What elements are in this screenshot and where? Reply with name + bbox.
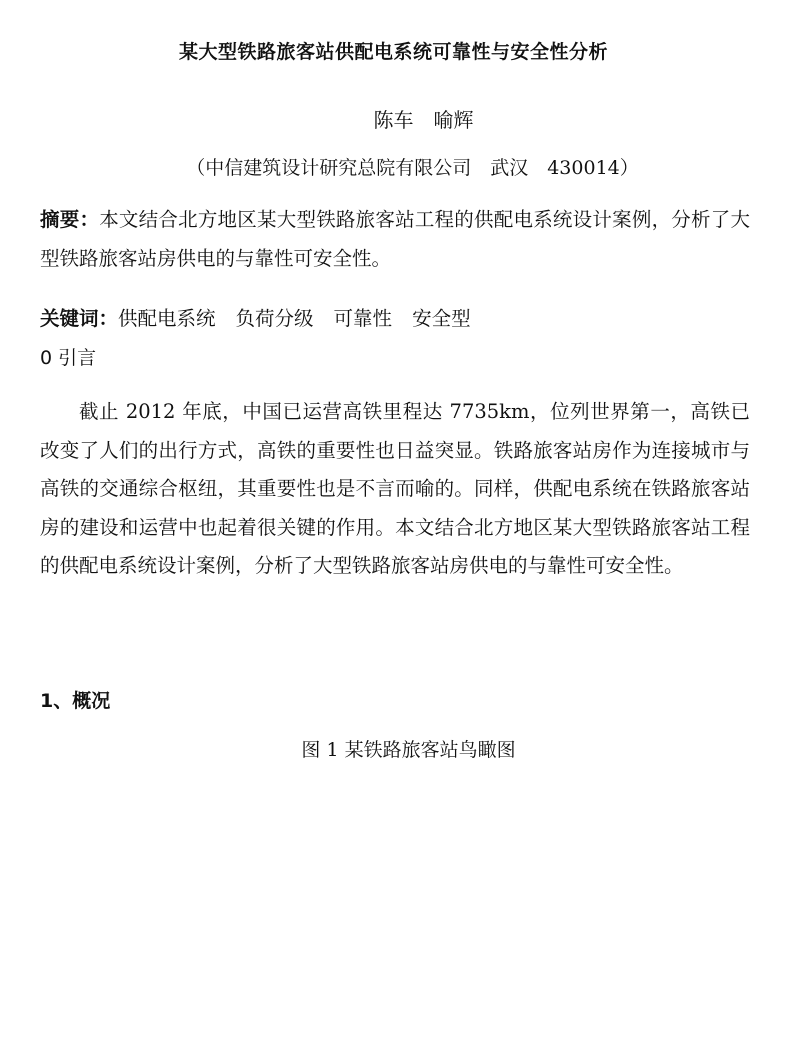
introduction-paragraph: 截止 2012 年底，中国已运营高铁里程达 7735km，位列世界第一，高铁已改… [40,393,750,586]
abstract-label: 摘要： [40,208,99,231]
keyword: 负荷分级 [236,307,314,330]
keyword: 安全型 [412,307,471,330]
keywords-label: 关键词： [40,307,118,330]
paper-affiliation: （中信建筑设计研究总院有限公司 武汉 430014） [0,156,787,180]
abstract: 摘要：本文结合北方地区某大型铁路旅客站工程的供配电系统设计案例，分析了大型铁路旅… [40,201,750,278]
keyword: 可靠性 [334,307,393,330]
paper-authors: 陈车 喻辉 [0,108,787,132]
section-heading-introduction: 0 引言 [40,346,96,370]
abstract-text: 本文结合北方地区某大型铁路旅客站工程的供配电系统设计案例，分析了大型铁路旅客站房… [40,208,750,270]
figure-placeholder [40,780,750,1030]
figure-caption: 图 1 某铁路旅客站鸟瞰图 [0,738,787,762]
keyword: 供配电系统 [118,307,216,330]
paper-title: 某大型铁路旅客站供配电系统可靠性与安全性分析 [0,40,787,64]
keywords: 关键词：供配电系统负荷分级可靠性安全型 [40,300,750,339]
section-heading-overview: 1、概况 [40,689,110,713]
